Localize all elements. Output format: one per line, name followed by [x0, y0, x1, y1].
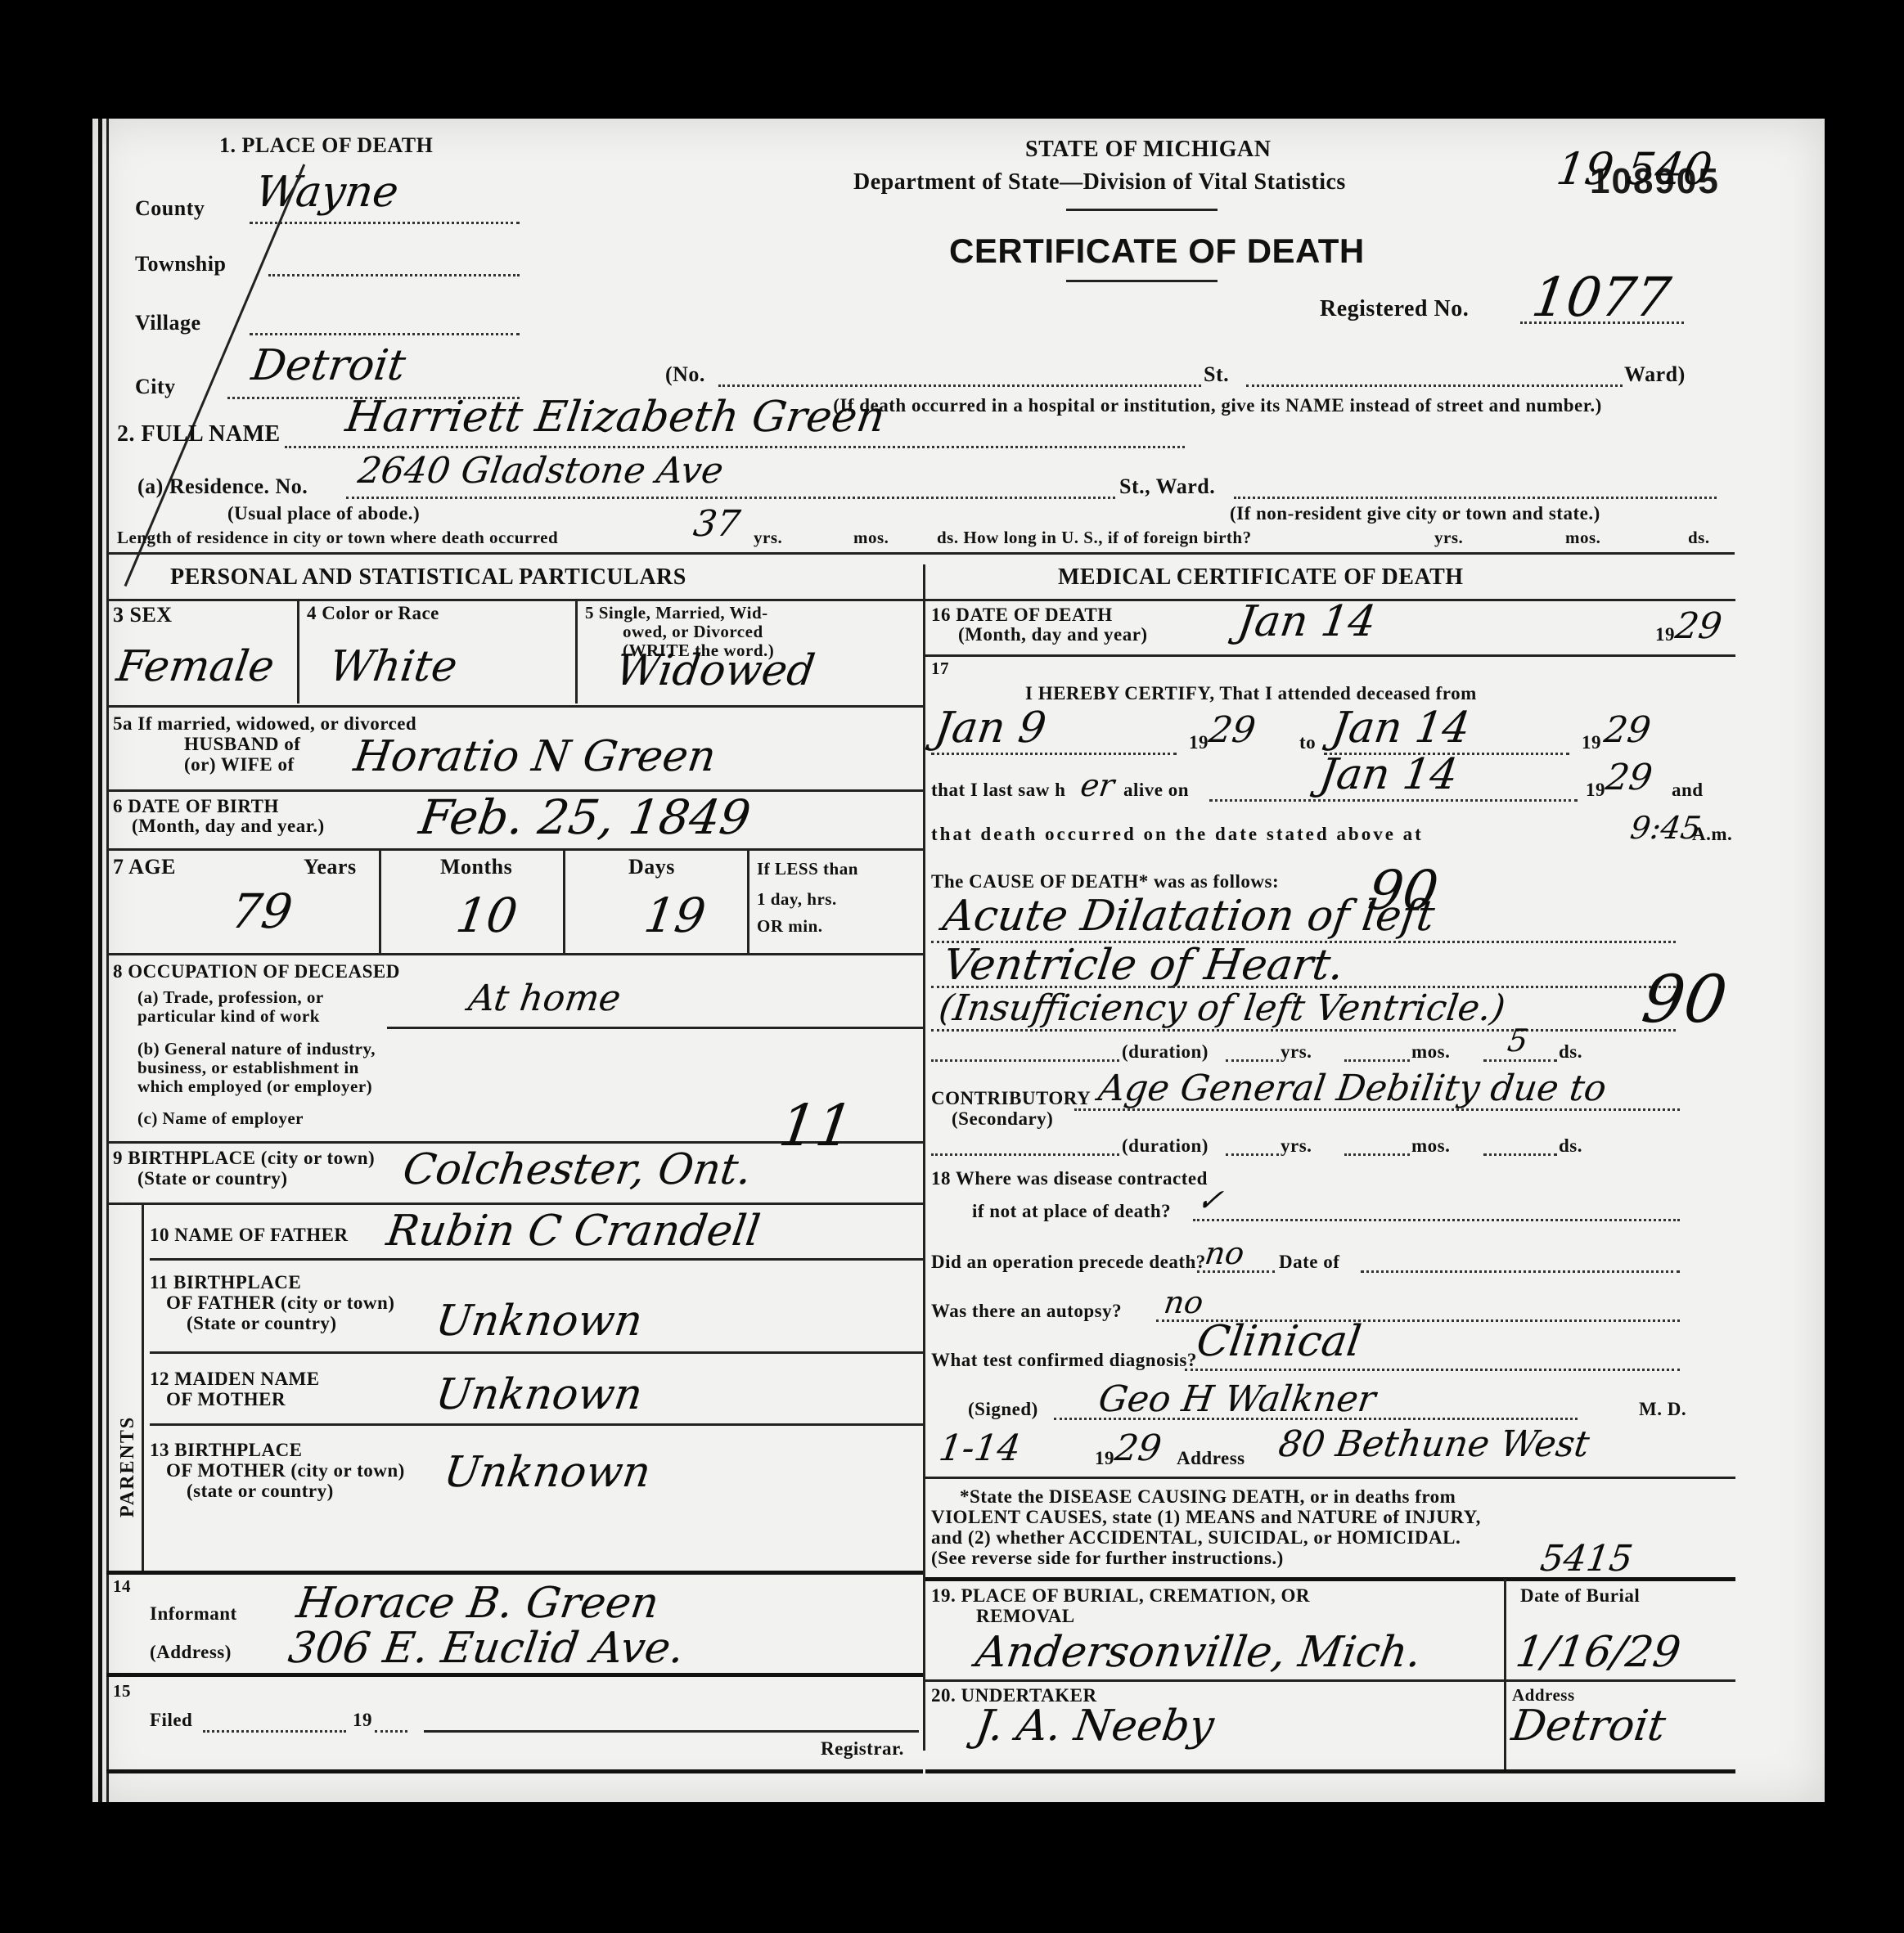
cause-line-2: Ventricle of Heart. — [940, 941, 1347, 990]
attended-from-line — [931, 753, 1177, 755]
full-name-value: Harriett Elizabeth Green — [343, 393, 888, 442]
registered-no-value: 1077 — [1528, 266, 1675, 329]
days-label: Days — [628, 855, 675, 879]
note-line-2: VIOLENT CAUSES, state (1) MEANS and NATU… — [931, 1507, 1481, 1528]
contrib-mos: mos. — [1411, 1135, 1450, 1157]
spouse-label-2: HUSBAND of — [184, 734, 300, 755]
contrib-ds-line — [1483, 1153, 1557, 1156]
marital-label-1: 5 Single, Married, Wid- — [585, 603, 768, 623]
note-line-3: and (2) whether ACCIDENTAL, SUICIDAL, or… — [931, 1527, 1461, 1549]
no-label: (No. — [665, 362, 705, 387]
contributory-label: CONTRIBUTORY — [931, 1088, 1091, 1109]
rule-filed-top — [106, 1673, 923, 1677]
column-divider — [923, 564, 925, 1751]
abode-note: (Usual place of abode.) — [227, 503, 420, 524]
mother-maiden-label-1: 12 MAIDEN NAME — [150, 1369, 320, 1390]
operation-value: no — [1203, 1235, 1247, 1271]
length-of-residence-label: Length of residence in city or town wher… — [117, 528, 558, 548]
test-line — [1185, 1369, 1680, 1371]
address-label: Address — [1177, 1448, 1245, 1469]
burial-date-value: 1/16/29 — [1513, 1628, 1684, 1677]
title-rule-top — [1066, 209, 1218, 211]
cause-code-2: 90 — [1637, 961, 1731, 1037]
birthplace-label-2: (State or country) — [137, 1168, 288, 1189]
burial-date-label: Date of Burial — [1520, 1585, 1640, 1607]
ward-field-line — [1234, 497, 1717, 499]
full-name-label: 2. FULL NAME — [117, 421, 281, 447]
county-value: Wayne — [253, 168, 402, 217]
township-line — [268, 274, 520, 276]
rule-informant-top — [106, 1571, 923, 1575]
ward-label: Ward) — [1624, 362, 1686, 387]
parents-side-label: PARENTS — [117, 1416, 139, 1517]
mother-bp-label-3: (state or country) — [187, 1481, 334, 1502]
autopsy-label: Was there an autopsy? — [931, 1301, 1122, 1322]
contracted-label-2: if not at place of death? — [972, 1201, 1171, 1222]
dob-value: Feb. 25, 1849 — [416, 789, 754, 845]
am-label: A.m. — [1692, 824, 1732, 845]
full-name-line — [285, 446, 1185, 448]
note-line-1: *State the DISEASE CAUSING DEATH, or in … — [960, 1486, 1456, 1508]
dob-label-2: (Month, day and year.) — [132, 816, 325, 837]
handwritten-file-number: 19 540 — [1554, 143, 1716, 195]
spouse-value: Horatio N Green — [351, 732, 719, 781]
contracted-line — [1193, 1219, 1680, 1221]
title-rule-bottom — [1066, 280, 1218, 282]
mother-maiden-value: Unknown — [433, 1370, 646, 1419]
rule-undertaker-top — [925, 1679, 1735, 1682]
rule-mother-maiden — [150, 1423, 923, 1426]
last-saw-pronoun: er — [1078, 767, 1117, 803]
years-label: Years — [304, 855, 357, 879]
contrib-duration-label: (duration) — [1122, 1135, 1209, 1157]
rule-father-name — [150, 1258, 923, 1261]
attended-from: Jan 9 — [932, 704, 1049, 753]
parents-divider — [142, 1203, 144, 1571]
occ-c-label: (c) Name of employer — [137, 1108, 304, 1129]
rule-17-top — [925, 654, 1735, 657]
foreign-yrs: yrs. — [1434, 528, 1463, 548]
residence-label: (a) Residence. No. — [137, 474, 308, 499]
ward-line — [1246, 384, 1623, 387]
spouse-label-3: (or) WIFE of — [184, 754, 295, 775]
father-name-label: 10 NAME OF FATHER — [150, 1225, 349, 1246]
marital-value: Widowed — [613, 646, 818, 695]
date-of-line — [1361, 1270, 1680, 1273]
last-saw-year-prefix: 19 — [1586, 780, 1605, 801]
years-months-divider — [379, 851, 381, 953]
less-label-1: If LESS than — [757, 859, 858, 879]
occ-a-line — [387, 1027, 923, 1029]
village-line — [250, 333, 520, 335]
burial-place-value: Andersonville, Mich. — [973, 1628, 1425, 1677]
dod-label-1: 16 DATE OF DEATH — [931, 605, 1113, 626]
st-ward-label: St., Ward. — [1119, 474, 1215, 499]
foreign-ds: ds. — [1688, 528, 1710, 548]
birthplace-label-1: 9 BIRTHPLACE (city or town) — [113, 1148, 375, 1169]
marital-label-2: owed, or Divorced — [623, 622, 763, 642]
place-of-death-heading: 1. PLACE OF DEATH — [219, 133, 433, 158]
informant-label: Informant — [150, 1603, 237, 1625]
county-line — [250, 222, 520, 224]
certificate-title: CERTIFICATE OF DEATH — [949, 232, 1365, 271]
street-no-line — [718, 384, 1201, 387]
occ-b-label-3: which employed (or employer) — [137, 1077, 372, 1097]
nonresident-note: (If non-resident give city or town and s… — [1230, 503, 1600, 524]
occupation-heading: 8 OCCUPATION OF DECEASED — [113, 961, 400, 982]
cause-line-3: (Insufficiency of left Ventricle.) — [936, 987, 1507, 1029]
certify-text: I HEREBY CERTIFY, That I attended deceas… — [1025, 683, 1477, 704]
md-label: M. D. — [1639, 1399, 1686, 1420]
dur-days-value: 5 — [1506, 1023, 1530, 1059]
signed-value: Geo H Walkner — [1096, 1378, 1378, 1420]
to-year: 29 — [1601, 709, 1653, 751]
dur-mos-line — [1344, 1059, 1410, 1062]
test-label: What test confirmed diagnosis? — [931, 1350, 1197, 1371]
last-saw-label: that I last saw h — [931, 780, 1065, 801]
burial-date-divider — [1504, 1579, 1506, 1771]
rule-occupation-top — [106, 953, 923, 955]
filed-label: Filed — [150, 1710, 192, 1731]
st-label: St. — [1204, 362, 1229, 387]
occ-a-label-2: particular kind of work — [137, 1006, 320, 1027]
rule-bottom-right — [925, 1769, 1735, 1773]
mother-bp-value: Unknown — [441, 1448, 654, 1497]
section-rule — [106, 552, 1735, 555]
village-label: Village — [135, 311, 201, 335]
death-time-label: that death occurred on the date stated a… — [931, 824, 1424, 845]
doctor-address: 80 Bethune West — [1276, 1423, 1591, 1465]
personal-heading: PERSONAL AND STATISTICAL PARTICULARS — [170, 564, 686, 591]
to-year-prefix: 19 — [1582, 732, 1601, 753]
contributory-value: Age General Debility due to — [1096, 1068, 1609, 1109]
undertaker-value: J. A. Neeby — [973, 1701, 1218, 1751]
informant-number: 14 — [113, 1576, 131, 1597]
dur-yrs: yrs. — [1281, 1041, 1312, 1063]
note-line-4: (See reverse side for further instructio… — [931, 1548, 1284, 1569]
mother-bp-label-2: OF MOTHER (city or town) — [166, 1460, 405, 1481]
cause-code-1: 90 — [1365, 859, 1443, 922]
sign-year: 29 — [1112, 1427, 1164, 1469]
death-certificate: 1. PLACE OF DEATH County Wayne Township … — [92, 119, 1825, 1802]
age-months-value: 10 — [452, 888, 520, 943]
contrib-duration-line — [931, 1153, 1119, 1156]
occ-b-label-1: (b) General nature of industry, — [137, 1039, 376, 1059]
undertaker-address-value: Detroit — [1509, 1701, 1668, 1751]
contracted-value: ✓ — [1195, 1182, 1226, 1218]
registrar-line — [424, 1730, 919, 1733]
informant-value: Horace B. Green — [294, 1579, 662, 1628]
registered-no-label: Registered No. — [1320, 296, 1469, 322]
days-less-divider — [747, 851, 749, 953]
filed-date-line — [203, 1730, 346, 1733]
duration-label: (duration) — [1122, 1041, 1209, 1063]
state-name: STATE OF MICHIGAN — [1025, 137, 1271, 163]
operation-label: Did an operation precede death? — [931, 1252, 1206, 1273]
residence-value: 2640 Gladstone Ave — [355, 450, 726, 492]
sign-date: 1-14 — [936, 1427, 1023, 1469]
burial-place-label-2: REMOVAL — [976, 1606, 1075, 1627]
department-name: Department of State—Division of Vital St… — [853, 169, 1346, 196]
dod-value: Jan 14 — [1235, 597, 1379, 646]
age-label: 7 AGE — [113, 855, 176, 879]
contrib-yrs-line — [1226, 1153, 1279, 1156]
dur-days-line — [1483, 1059, 1557, 1062]
and-label: and — [1672, 780, 1704, 801]
burial-place-label-1: 19. PLACE OF BURIAL, CREMATION, OR — [931, 1585, 1310, 1607]
rule-spouse-top — [106, 705, 923, 708]
father-bp-label-1: 11 BIRTHPLACE — [150, 1272, 301, 1293]
autopsy-value: no — [1162, 1284, 1206, 1320]
cause-label: The CAUSE OF DEATH* was as follows: — [931, 871, 1279, 892]
father-bp-label-3: (State or country) — [187, 1313, 337, 1334]
rule-note-top — [925, 1477, 1735, 1479]
signed-label: (Signed) — [968, 1399, 1038, 1420]
last-saw-line — [1209, 799, 1578, 802]
township-label: Township — [135, 252, 226, 276]
mother-bp-label-1: 13 BIRTHPLACE — [150, 1440, 303, 1461]
contracted-label-1: 18 Where was disease contracted — [931, 1168, 1208, 1189]
months-days-divider — [563, 851, 565, 953]
less-label-3: OR min. — [757, 916, 823, 937]
rule-age-top — [106, 848, 923, 851]
dur-ds: ds. — [1559, 1041, 1582, 1063]
informant-address-label: (Address) — [150, 1642, 232, 1663]
filed-number: 15 — [113, 1681, 131, 1701]
cause-line-1: Acute Dilatation of left — [940, 892, 1438, 941]
mother-maiden-label-2: OF MOTHER — [166, 1389, 286, 1410]
contrib-ds: ds. — [1559, 1135, 1582, 1157]
margin-mark: 5415 — [1537, 1538, 1635, 1580]
sex-value: Female — [114, 642, 277, 691]
dod-year-prefix: 19 — [1655, 624, 1675, 645]
item-17: 17 — [931, 659, 949, 679]
race-marital-divider — [575, 601, 578, 704]
rule-burial-top — [925, 1577, 1735, 1581]
dur-yrs-line — [1226, 1059, 1279, 1062]
occ-a-label-1: (a) Trade, profession, or — [137, 987, 324, 1008]
dob-label-1: 6 DATE OF BIRTH — [113, 796, 279, 817]
less-label-2: 1 day, hrs. — [757, 889, 837, 910]
from-year-prefix: 19 — [1189, 732, 1209, 753]
foreign-birth-label: ds. How long in U. S., if of foreign bir… — [937, 528, 1252, 548]
months-label: Months — [440, 855, 512, 879]
rule-filed-bottom — [106, 1769, 923, 1773]
contrib-mos-line — [1344, 1153, 1410, 1156]
sex-label: 3 SEX — [113, 603, 173, 627]
rule-parents-top — [106, 1203, 923, 1205]
sex-race-divider — [297, 601, 299, 704]
medical-heading: MEDICAL CERTIFICATE OF DEATH — [1058, 564, 1464, 591]
dur-mos: mos. — [1411, 1041, 1450, 1063]
father-bp-value: Unknown — [433, 1297, 646, 1346]
filed-year-prefix: 19 — [353, 1710, 372, 1731]
rule-father-bp — [150, 1351, 923, 1354]
race-label: 4 Color or Race — [307, 603, 439, 624]
age-years-value: 79 — [227, 883, 295, 939]
birthplace-value: Colchester, Ont. — [400, 1145, 755, 1194]
from-year: 29 — [1206, 709, 1258, 751]
to-label: to — [1299, 732, 1316, 753]
sign-year-prefix: 19 — [1095, 1448, 1114, 1469]
last-saw-date: Jan 14 — [1317, 750, 1461, 799]
length-mos: mos. — [853, 528, 889, 548]
date-of-label: Date of — [1279, 1252, 1339, 1273]
informant-address-value: 306 E. Euclid Ave. — [286, 1624, 687, 1673]
city-label: City — [135, 375, 176, 399]
father-name-value: Rubin C Crandell — [384, 1207, 763, 1256]
test-value: Clinical — [1194, 1317, 1364, 1366]
attended-to: Jan 14 — [1329, 704, 1473, 753]
left-border-inner — [106, 119, 109, 1802]
last-saw-year: 29 — [1603, 757, 1654, 798]
length-of-residence-value: 37 — [691, 503, 742, 545]
cause-line-3-rule — [931, 1029, 1676, 1032]
duration-line — [931, 1059, 1119, 1062]
left-border — [98, 119, 102, 1802]
registrar-label: Registrar. — [821, 1738, 904, 1760]
occ-a-value: At home — [466, 978, 623, 1019]
length-yrs: yrs. — [754, 528, 782, 548]
city-value: Detroit — [249, 341, 408, 390]
alive-on-label: alive on — [1123, 780, 1189, 801]
rule-sex-top — [106, 599, 923, 601]
contrib-yrs: yrs. — [1281, 1135, 1312, 1157]
dod-year: 29 — [1672, 605, 1724, 647]
secondary-label: (Secondary) — [952, 1108, 1053, 1130]
race-value: White — [326, 642, 461, 691]
father-bp-label-2: OF FATHER (city or town) — [166, 1292, 394, 1314]
foreign-mos: mos. — [1565, 528, 1600, 548]
filed-year-line — [375, 1730, 407, 1733]
age-days-value: 19 — [641, 888, 709, 943]
county-label: County — [135, 196, 205, 221]
occ-b-label-2: business, or establishment in — [137, 1058, 359, 1078]
birthplace-mark: 11 — [775, 1092, 857, 1159]
residence-line — [346, 497, 1115, 499]
dod-label-2: (Month, day and year) — [958, 624, 1148, 645]
